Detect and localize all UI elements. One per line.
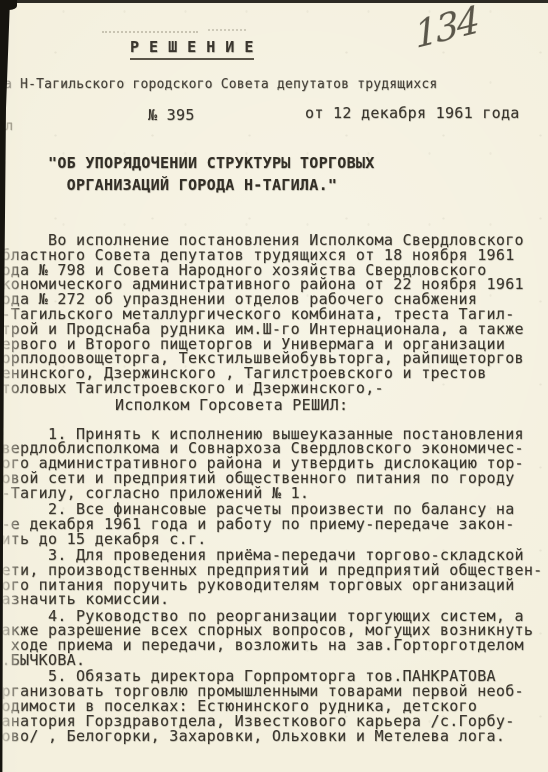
resolution-item-1: 1. Принять к исполнению вышеуказанные по… xyxy=(0,427,548,501)
resolution-heading: Исполком Горсовета РЕШИЛ: xyxy=(0,398,548,413)
preamble-paragraph: Во исполнение постановления Исполкома Св… xyxy=(0,233,548,396)
resolution-item-5: 5. Обязать директора Горпромторга тов.ПА… xyxy=(0,669,548,743)
council-subtitle: а Н-Тагильского городского Совета депута… xyxy=(4,78,437,93)
faded-typed-marks xyxy=(102,31,198,33)
document-body: Во исполнение постановления Исполкома Св… xyxy=(0,233,548,745)
decision-title: Р Е Ш Е Н И Е xyxy=(130,40,254,60)
document-date: от 12 декабря 1961 года xyxy=(305,106,520,121)
scan-edge-corner xyxy=(0,0,17,10)
resolution-item-3: 3. Для проведения приёма-передачи торгов… xyxy=(0,548,548,607)
document-subject: "ОБ УПОРЯДОЧЕНИИ СТРУКТУРЫ ТОРГОВЫХ ОРГА… xyxy=(48,152,375,196)
resolution-item-2: 2. Все финансовые расчеты произвести по … xyxy=(0,502,548,546)
faded-typed-marks-right xyxy=(208,29,246,31)
handwritten-page-number: 134 xyxy=(413,0,479,57)
document-number: № 395 xyxy=(148,108,195,123)
resolution-item-4: 4. Руководство по реорганизации торгующи… xyxy=(0,609,548,668)
scanned-document-page: Р Е Ш Е Н И Е а Н-Тагильского городского… xyxy=(0,0,548,772)
